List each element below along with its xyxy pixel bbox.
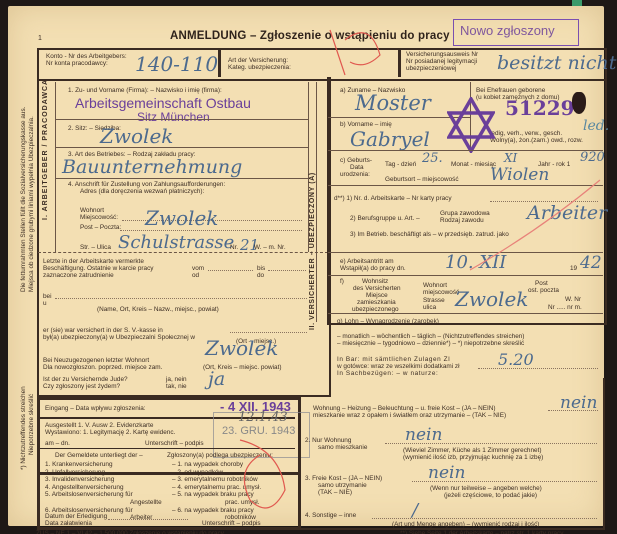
employer-stamp-line1: Arbeitsgemeinschaft Ostbau (75, 95, 251, 111)
residence-value: Zwolek (455, 287, 528, 311)
residence-apt-label-pl: Nr ..... nr m. (548, 304, 582, 312)
birth-day: 25. (422, 151, 443, 166)
divider (56, 119, 308, 120)
to-line (268, 270, 306, 271)
employer-line (55, 298, 307, 299)
branch-de: Angestellte (130, 499, 162, 507)
receipt-date-label: Eingang – Data wpływu zgłoszenia: (45, 405, 146, 413)
start-year-value: 42 (580, 253, 602, 273)
birthplace-value: Wiolen (490, 165, 549, 185)
insurance-office-label-pl: był(a) ubezpieczony(a) w Ubezpieczalni S… (43, 334, 195, 342)
day-label: Tag - dzień (385, 161, 416, 169)
wage-period-options-pl: – miesięcznie – tygodniowo – dziennie*) … (337, 340, 524, 348)
housing-only-value: nein (405, 425, 442, 445)
free-board-label-pl2: (TAK – NIE) (318, 489, 352, 497)
signature-label: Unterschrift – podpis (145, 440, 204, 448)
cash-wage-line (478, 368, 598, 369)
marital-status-value: led. (583, 118, 609, 134)
yes-no-label-pl: tak, nie (166, 383, 187, 391)
house-number-label: Nr. (230, 244, 238, 252)
registration-number-stamp: 51229 (505, 96, 575, 120)
office-handwritten-date: 12.1.43 (238, 410, 288, 425)
section-employer-label: I. ARBEITGEBER / PRACODAWCA (42, 79, 49, 220)
start-date-label-pl: Wstąpił(a) do pracy dn. (340, 265, 406, 273)
insurance-office-value: Zwolek (205, 336, 278, 360)
at-label-pl: u (43, 300, 47, 308)
housing-board-value: nein (560, 393, 597, 413)
page-number: 1 (38, 35, 42, 43)
divider (56, 178, 308, 179)
divider (328, 185, 603, 186)
in-kind-label: In Sachbezügen: – w naturze: (337, 370, 438, 378)
section-insured-label: II. VERSICHERTER – UBEZPIECZONY (A) (309, 172, 316, 330)
divider (218, 49, 221, 77)
residence-apt-label: W. Nr (565, 296, 581, 304)
housing-only-label-pl: samo mieszkanie (318, 444, 367, 452)
from-label-pl: od (192, 272, 199, 280)
insurance-office-line (230, 332, 307, 333)
other-hint: (Art und Menge angeben) – (wymienić rodz… (392, 521, 539, 529)
wage-label: g) Lohn – Wynagrodzenie (zarobek) (337, 318, 439, 326)
branch-pl: – 3. emerytalnemu robotników (172, 476, 258, 484)
address-label-pl: Adres (dla doręczenia wezwań płatniczych… (80, 188, 204, 196)
branch-pl: – 1. na wypadek choroby (172, 461, 243, 469)
insurance-type-label-pl: Kateg. ubezpieczenia: (228, 64, 291, 72)
last-residence-label-pl: Dla nowozgłoszon. poprzed. miejsce zam. (43, 364, 162, 372)
account-label-pl: Nr konta pracodawcy: (46, 60, 108, 68)
first-name-value: Gabryel (350, 127, 430, 151)
start-date-value: 10. XII (445, 252, 506, 273)
partial-hint-pl: (jeżeli częściowe, to podać jakie) (444, 492, 537, 500)
divider (56, 147, 308, 148)
birth-year: 920 (580, 150, 605, 165)
work-card-label: d**) 1) Nr. d. Arbeitskarte – Nr karty p… (334, 195, 452, 203)
insurance-card-label-pl2: ubezpieczeniowej (406, 65, 456, 73)
branch-de: 2. Unfallversicherung (45, 469, 105, 477)
branch-pl: – 2. od wypadków (172, 469, 223, 477)
residence-street-label-pl: ulica (423, 304, 436, 312)
divider (328, 313, 603, 314)
marital-status-label-pl: Wolny(a), żon.(zam.) owd., rozw. (490, 137, 583, 145)
town-value: Zwolek (145, 206, 218, 230)
other-label: 4. Sonstige – inne (305, 512, 356, 520)
residence-label-letter: f) (340, 278, 344, 286)
background-tab (572, 0, 582, 6)
divider (398, 49, 401, 77)
divider (316, 82, 317, 322)
office-date-stamp: 23. GRU. 1943 (222, 428, 295, 436)
cash-wage-value: 5.20 (498, 350, 534, 369)
branch-pl: – 5. na wypadek braku pracy (172, 491, 254, 499)
footnote: **) Siehe Seite 1 der Arbeitskarte – pat… (400, 530, 563, 534)
occupation-label-pl2: Rodzaj zawodu (440, 217, 484, 225)
other-value: / (412, 500, 418, 521)
from-line (208, 270, 253, 271)
occupation-value: Arbeiter (527, 202, 607, 224)
ink-blot (572, 92, 586, 114)
branch-de: 1. Krankenversicherung (45, 461, 113, 469)
branch-pl: – 6. na wypadek braku pracy (172, 507, 254, 515)
margin-note-bottom: *) Nichtzutreffendes streichen (20, 386, 27, 470)
birth-month: XI (504, 151, 517, 165)
insurance-card-value: besitzt nicht (497, 52, 616, 74)
to-label-pl: do (257, 272, 264, 280)
margin-note-bottom-pl: Niepotrzebne skreślić (28, 394, 35, 455)
divider (328, 150, 603, 151)
new-registration-stamp: Nowo zgłoszony (460, 23, 555, 38)
free-board-value: nein (428, 463, 465, 483)
post-label: Post – Poczta: (80, 224, 121, 232)
employer-stamp-line2: Sitz München (137, 110, 210, 124)
account-number: 140-110 (135, 52, 218, 76)
branch-pl: – 4. emerytalnemu prac. umysł. (172, 484, 261, 492)
other-line (372, 518, 597, 519)
issued-label-pl: Wystawiono: 1. Legitymację 2. Kartę ewid… (45, 429, 175, 437)
previous-job-label-pl2: zaznaczone zatrudnienie (43, 272, 114, 280)
occupation-label: 2) Berufsgruppe u. Art. – (350, 215, 420, 223)
branch-de: 3. Invalidenversicherung (45, 476, 114, 484)
housing-board-label-pl: mieszkanie wraz z opałem i światłem oraz… (313, 412, 506, 420)
divider (38, 252, 328, 253)
branch-de: 4. Angestelltenversicherung (45, 484, 124, 492)
surname-value: Moster (355, 91, 431, 115)
employed-as-label: 3) Im Betrieb. beschäftigt als – w przed… (350, 231, 509, 239)
margin-note-top: Die fettumrahmten Stellen füllt die Sozi… (20, 107, 27, 292)
jewish-answer: ja (208, 368, 225, 390)
margin-note-top-pl: Miejsca ob ciedzone grubymi liniami wype… (28, 116, 35, 292)
completion-signature-label: Unterschrift – podpis (202, 520, 261, 528)
completion-date-label-pl: Data załatwienia (45, 520, 92, 528)
branch-de: 5. Arbeitslosenversicherung für (45, 491, 133, 499)
branch-de: Arbeiter (130, 514, 152, 522)
start-year-prefix: 19 (570, 265, 577, 273)
employer-hint: (Name, Ort, Kreis – Nazw., miejsc., powi… (97, 306, 219, 314)
completion-date-line (108, 519, 188, 520)
employer-seat-value: Zwolek (100, 124, 173, 148)
birthplace-label: Geburtsort – miejscowość (385, 176, 459, 184)
street-value: Schulstrasse (118, 232, 234, 253)
jewish-question-pl: Czy zgłoszony jest żydem? (43, 383, 120, 391)
form-code: ZUS – NE.1 – VI.42 – 1.500.000 Zgłoszeni… (36, 530, 224, 534)
date-label: am – dn. (45, 440, 70, 448)
divider (328, 275, 603, 276)
residence-post-label-pl: ost. poczta (528, 287, 559, 295)
town-label-pl: Miejscowość: (80, 214, 118, 222)
business-type-value: Bauunternehmung (62, 156, 242, 178)
birth-label-pl2: urodzenia: (340, 171, 370, 179)
street-label: Str. – Ulica (80, 244, 111, 252)
employer-name-label: 1. Zu- und Vorname (Firma): – Nazwisko i… (68, 87, 222, 95)
divider (55, 82, 56, 252)
form-title: ANMELDUNG – Zgłoszenie o wstąpieniu do p… (170, 30, 450, 42)
rooms-hint-pl: (wymienić ilość izb, przyjmując kuchnię … (403, 454, 543, 462)
branch-pl: prac. umysł. (225, 499, 259, 507)
star-of-david-stamp (447, 97, 495, 153)
post-line (120, 230, 302, 231)
apartment-number-label: W. – m. Nr. (254, 244, 286, 252)
residence-town-label-pl: miejscowość (423, 289, 459, 297)
